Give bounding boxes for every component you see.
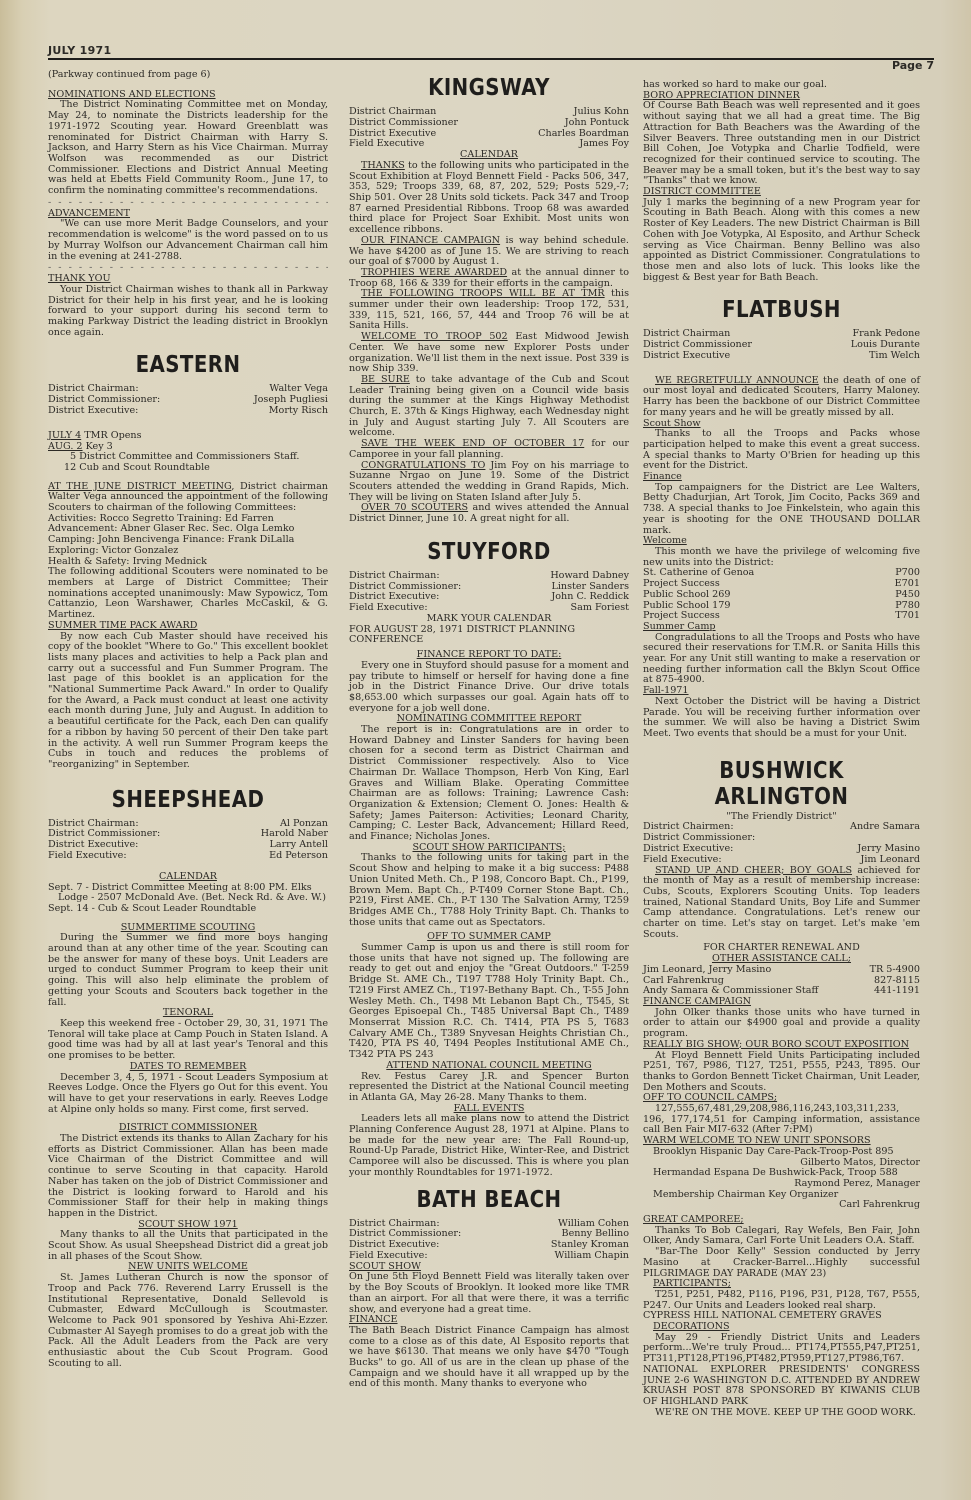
officer-name: John Pontuck <box>565 118 629 129</box>
contact-phone: TR 5-4900 <box>870 965 920 976</box>
section-body: On June 5th Floyd Bennett Field was lite… <box>349 1272 629 1315</box>
section-heading: ATTEND NATIONAL COUNCIL MEETING <box>349 1061 629 1072</box>
item-lead: CONGRATULATIONS TO <box>361 460 485 471</box>
section-body: December 3, 4, 5, 1971 - Scout Leaders S… <box>48 1073 328 1116</box>
section-body: The Bath Beach District Finance Campaign… <box>349 1326 629 1390</box>
section-body: The District extends its thanks to Allan… <box>48 1134 328 1220</box>
continued-note: (Parkway continued from page 6) <box>48 70 328 81</box>
district-title-kingsway: KINGSWAY <box>369 75 610 101</box>
officer-name: James Foy <box>579 139 629 150</box>
kingsway-item: OVER 70 SCOUTERS and wives attended the … <box>349 503 629 524</box>
officer-role: District Executive: <box>48 406 138 417</box>
parkway-section: ADVANCEMENT "We can use more Merit Badge… <box>48 209 328 263</box>
section-body: During the Summer we find more boys hang… <box>48 933 328 1008</box>
kingsway-item: CONGRATULATIONS TO Jim Foy on his marria… <box>349 461 629 504</box>
page-header: JULY 1971 Page 7 <box>48 42 934 60</box>
officer-list: District Chairman:William Cohen District… <box>349 1219 629 1262</box>
section-body: Thanks to all the Troops and Packs whose… <box>643 429 920 472</box>
meeting-lead: AT THE JUNE DISTRICT MEETING <box>48 481 231 492</box>
item-lead: OUR FINANCE CAMPAIGN <box>361 235 500 246</box>
calendar-date: AUG. 2 <box>48 441 83 452</box>
unit-number: T701 <box>895 611 920 622</box>
section-body: Summer Camp is upon us and there is stil… <box>349 943 629 1061</box>
section-body: The District Nominating Committee met on… <box>48 100 328 196</box>
meeting-paragraph: AT THE JUNE DISTRICT MEETING, District c… <box>48 482 328 514</box>
section-body: Rev. Festus Carey J.R. and Spencer Burto… <box>349 1072 629 1104</box>
district-title-eastern: EASTERN <box>68 352 309 378</box>
cheer-body: achieved for the month of May as a resul… <box>643 865 920 940</box>
officer-role: Field Executive: <box>48 851 127 862</box>
contact-name: Jim Leonard, Jerry Masino <box>643 965 771 976</box>
section-body: Keep this weekend free - October 29, 30,… <box>48 1019 328 1062</box>
parkway-section: NOMINATIONS AND ELECTIONS The District N… <box>48 90 328 197</box>
section-body: Congradulations to all the Troops and Po… <box>643 633 920 687</box>
committee-line: Exploring: Victor Gonzalez <box>48 546 328 557</box>
closing-line: WE'RE ON THE MOVE. KEEP UP THE GOOD WORK… <box>643 1408 920 1419</box>
officer-list: District Chairman:Al Ponzan District Com… <box>48 819 328 862</box>
section-body: John Olker thanks those units who have t… <box>643 1008 920 1040</box>
kingsway-item: TROPHIES WERE AWARDED at the annual dinn… <box>349 268 629 289</box>
section-body: This month we have the privilege of welc… <box>643 547 920 568</box>
officer-role: Field Executive: <box>349 603 428 614</box>
section-body: July 1 marks the beginning of a new Prog… <box>643 198 920 284</box>
district-title-sheepshead: SHEEPSHEAD <box>68 787 309 813</box>
kingsway-item: OUR FINANCE CAMPAIGN is way behind sched… <box>349 236 629 268</box>
contact-phone: 441-1191 <box>874 986 920 997</box>
calendar-text: TMR Opens <box>84 430 141 441</box>
section-body: The report is in: Congratulations are in… <box>349 725 629 843</box>
explorer-congress: NATIONAL EXPLORER PRESIDENTS' CONGRESS J… <box>643 1365 920 1408</box>
section-body: Many thanks to all the Units that partic… <box>48 1230 328 1262</box>
section-body: Top campaigners for the District are Lee… <box>643 483 920 537</box>
page-number: Page 7 <box>892 59 934 72</box>
officer-name: Howard Dabney <box>550 571 629 582</box>
officer-row: Field Executive:Ed Peterson <box>48 851 328 862</box>
officer-role: District Executive <box>643 351 730 362</box>
officer-list: District ChairmanFrank Pedone District C… <box>643 329 920 361</box>
officer-row: District Chairman:Howard Dabney <box>349 571 629 582</box>
cheer-paragraph: STAND UP AND CHEER; BOY GOALS achieved f… <box>643 866 920 941</box>
item-lead: THE FOLLOWING TROOPS WILL BE AT TMR <box>361 288 605 299</box>
calendar-entry: Sept. 7 - District Committee Meeting at … <box>48 883 328 904</box>
sponsor-list: Brooklyn Hispanic Day Care-Pack-Troop-Po… <box>643 1147 920 1211</box>
eastern-calendar: JULY 4 TMR Opens AUG. 2 Key 3 5 District… <box>48 431 328 474</box>
kingsway-item: THANKS to the following units who partic… <box>349 161 629 236</box>
section-heading: SUMMER TIME PACK AWARD <box>48 621 328 632</box>
item-lead: TROPHIES WERE AWARDED <box>361 267 507 278</box>
officer-role: District Commissioner <box>349 118 458 129</box>
officer-row: District ExecutiveTim Welch <box>643 351 920 362</box>
item-lead: BE SURE <box>361 374 410 385</box>
item-lead: WELCOME TO TROOP 502 <box>361 331 508 342</box>
section-body: Thanks To Bob Calegari, Ray Wefels, Ben … <box>643 1226 920 1247</box>
participants-list: T251, P251, P482, P116, P196, P31, P128,… <box>643 1290 920 1311</box>
planning-conference: FOR AUGUST 28, 1971 DISTRICT PLANNING CO… <box>349 625 629 646</box>
officer-row: District CommissionerJohn Pontuck <box>349 118 629 129</box>
section-body: 127,555,67,481,29,208,986,116,243,103,31… <box>643 1104 920 1136</box>
section-heading: DATES TO REMEMBER <box>48 1062 328 1073</box>
calendar-entry: Sept. 14 - Cub & Scout Leader Roundtable <box>48 904 328 915</box>
officer-list: District ChairmanJulius Kohn District Co… <box>349 107 629 150</box>
sponsor-line: Brooklyn Hispanic Day Care-Pack-Troop-Po… <box>643 1147 920 1158</box>
announcement: WE REGRETFULLY ANNOUNCE the death of one… <box>643 376 920 419</box>
officer-name: Morty Risch <box>269 406 328 417</box>
sponsor-contact: Carl Fahrenkrug <box>643 1200 920 1211</box>
new-unit-row: Public School 269P450 <box>643 590 920 601</box>
district-title-stuyford: STUYFORD <box>369 539 610 565</box>
district-title-bath-beach: BATH BEACH <box>369 1187 610 1213</box>
section-body: Every one in Stuyford should pasuse for … <box>349 661 629 715</box>
new-units-list: St. Catherine of GenoaP700 Project Succe… <box>643 568 920 622</box>
session-paragraph: "Bar-The Door Kelly" Session conducted b… <box>643 1247 920 1279</box>
divider: - - - - - - - - - - - - - - - - - - - - … <box>48 199 328 207</box>
section-body: At Floyd Bennett Field Units Participati… <box>643 1051 920 1094</box>
officer-name: Tim Welch <box>869 351 920 362</box>
section-body: Of Course Bath Beach was well represente… <box>643 101 920 187</box>
officer-name: William Chapin <box>555 1251 629 1262</box>
officer-list: District Chairman:Howard Dabney District… <box>349 571 629 614</box>
calendar-date: JULY 4 <box>48 430 81 441</box>
officer-role: District Chairman: <box>349 571 440 582</box>
officer-list: District Chairmen:Andre Samara District … <box>643 822 920 865</box>
officer-row: District Executive:Morty Risch <box>48 406 328 417</box>
section-body: Your District Chairman wishes to thank a… <box>48 285 328 339</box>
kingsway-item: BE SURE to take advantage of the Cub and… <box>349 375 629 439</box>
divider: - - - - - - - - - - - - - - - - - - - - … <box>48 264 328 272</box>
kingsway-item: SAVE THE WEEK END OF OCTOBER 17 for our … <box>349 439 629 460</box>
kingsway-item: WELCOME TO TROOP 502 East Midwood Jewish… <box>349 332 629 375</box>
section-heading: CALENDAR <box>48 872 328 883</box>
item-lead: OVER 70 SCOUTERS <box>361 502 468 513</box>
section-body: By now each Cub Master should have recei… <box>48 632 328 771</box>
parkway-section: THANK YOU Your District Chairman wishes … <box>48 274 328 338</box>
column-3: has worked so hard to make our goal. BOR… <box>643 80 920 1418</box>
issue-date: JULY 1971 <box>48 44 111 57</box>
column-1: (Parkway continued from page 6) NOMINATI… <box>48 66 328 1369</box>
column-2: KINGSWAY District ChairmanJulius Kohn Di… <box>349 75 629 1390</box>
calendar-text: Key 3 <box>86 441 113 452</box>
item-body: to the following units who participated … <box>349 160 629 235</box>
may29-paragraph: May 29 - Friendly District Units and Lea… <box>643 1333 920 1365</box>
additional-nominees: The following additional Scouters were n… <box>48 567 328 621</box>
officer-role: Field Executive <box>349 139 424 150</box>
section-heading: REALLY BIG SHOW; OUR BORO SCOUT EXPOSITI… <box>643 1040 920 1051</box>
kingsway-item: THE FOLLOWING TROOPS WILL BE AT TMR this… <box>349 289 629 332</box>
officer-list: District Chairman:Walter Vega District C… <box>48 384 328 416</box>
officer-name: Ed Peterson <box>269 851 328 862</box>
contact-list: Jim Leonard, Jerry MasinoTR 5-4900 Carl … <box>643 965 920 997</box>
section-body: Leaders lets all make plans now to atten… <box>349 1114 629 1178</box>
district-title-flatbush: FLATBUSH <box>662 297 900 323</box>
cheer-lead: STAND UP AND CHEER; BOY GOALS <box>655 865 852 876</box>
officer-name: Sam Foriest <box>571 603 629 614</box>
section-body: St. James Lutheran Church is now the spo… <box>48 1273 328 1369</box>
announce-lead: WE REGRETFULLY ANNOUNCE <box>655 375 819 386</box>
contact-row: Jim Leonard, Jerry MasinoTR 5-4900 <box>643 965 920 976</box>
section-body: Thanks to the following units for taking… <box>349 853 629 928</box>
calendar-text: 12 Cub and Scout Roundtable <box>48 463 328 474</box>
unit-sponsor: Public School 269 <box>643 590 730 601</box>
district-title-bushwick-arlington: BUSHWICK ARLINGTON <box>662 758 900 810</box>
item-lead: THANKS <box>361 160 405 171</box>
item-lead: SAVE THE WEEK END OF OCTOBER 17 <box>361 438 584 449</box>
officer-name: Andre Samara <box>850 822 920 833</box>
section-body: Next October the District will be having… <box>643 697 920 740</box>
section-body: "We can use more Merit Badge Counselors,… <box>48 219 328 262</box>
unit-number: P450 <box>895 590 920 601</box>
